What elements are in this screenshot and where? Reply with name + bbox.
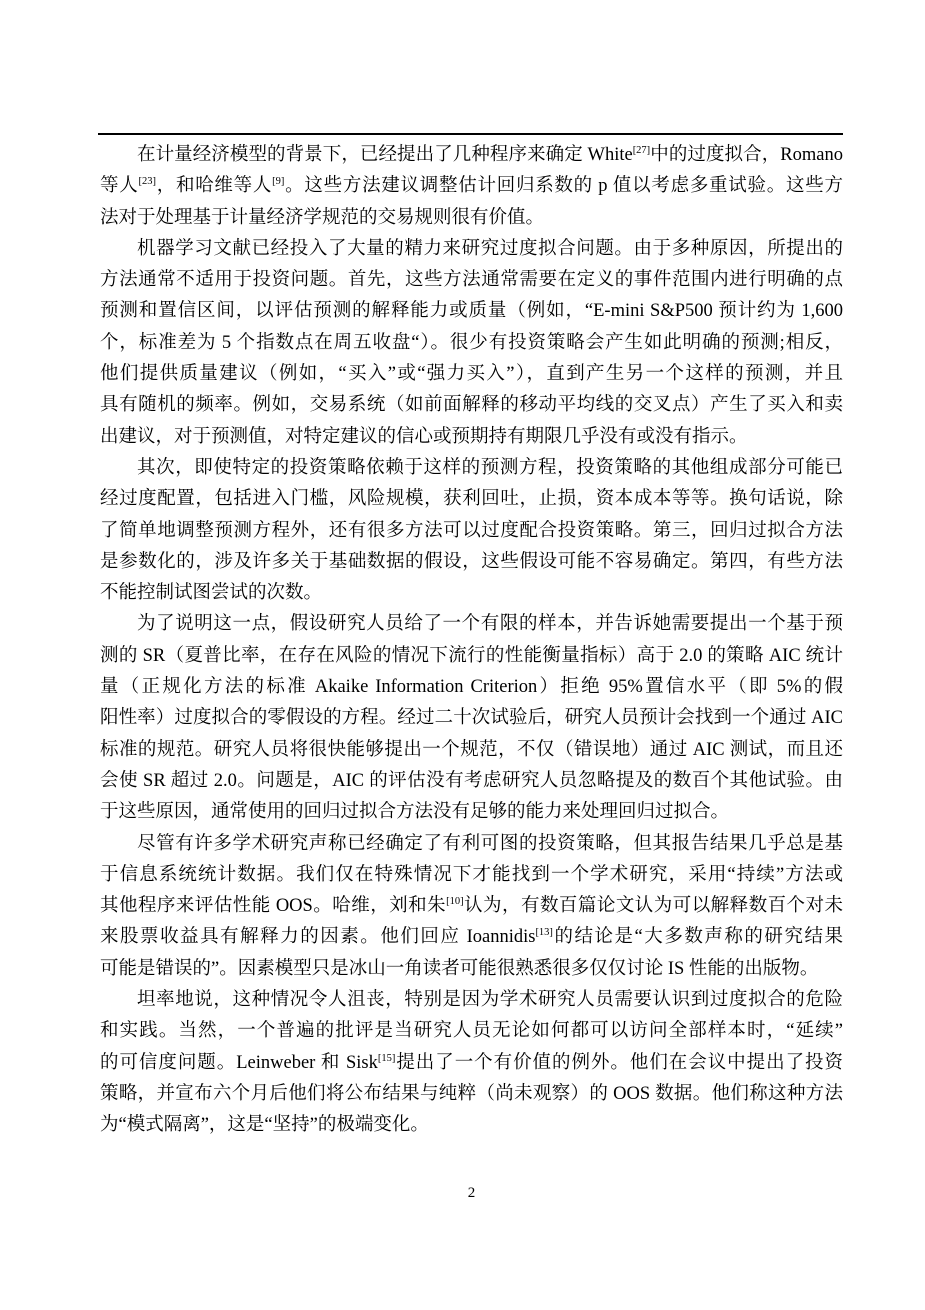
text-run: 他们提供质量建议（例如，“买入”或“强力买入”），直到产生另一个这样的预测，并且 bbox=[100, 364, 843, 384]
text-run: 具有随机的频率。例如，交易系统（如前面解释的移动平均线的交叉点）产生了买入和卖 bbox=[100, 395, 843, 415]
text-run: 出建议，对于预测值，对特定建议的信心或预期持有期限几乎没有或没有指示。 bbox=[100, 427, 748, 447]
text-run: 中的过度拟合，Romano bbox=[650, 145, 843, 165]
text-run: 坦率地说，这种情况令人沮丧，特别是因为学术研究人员需要认识到过度拟合的危险 bbox=[137, 990, 843, 1010]
text-run: 量（正规化方法的标准 Akaike Information Criterion）… bbox=[100, 677, 843, 697]
text-line: 机器学习文献已经投入了大量的精力来研究过度拟合问题。由于多种原因，所提出的 bbox=[100, 234, 843, 265]
text-run: 阳性率）过度拟合的零假设的方程。经过二十次试验后，研究人员预计会找到一个通过 A… bbox=[100, 708, 843, 728]
text-line: 尽管有许多学术研究声称已经确定了有利可图的投资策略，但其报告结果几乎总是基 bbox=[100, 829, 843, 860]
document-body: 在计量经济模型的背景下，已经提出了几种程序来确定 White[27]中的过度拟合… bbox=[100, 140, 843, 1142]
text-run: 认为，有数百篇论文认为可以解释数百个对未 bbox=[464, 896, 843, 916]
text-run: 提出了一个有价值的例外。他们在会议中提出了投资 bbox=[395, 1053, 843, 1073]
text-run: 可能是错误的”。因素模型只是冰山一角读者可能很熟悉很多仅仅讨论 IS 性能的出版… bbox=[100, 959, 818, 979]
text-line: 出建议，对于预测值，对特定建议的信心或预期持有期限几乎没有或没有指示。 bbox=[100, 422, 843, 453]
text-run: 在计量经济模型的背景下，已经提出了几种程序来确定 White bbox=[137, 145, 633, 165]
text-line: 会使 SR 超过 2.0。问题是，AIC 的评估没有考虑研究人员忽略提及的数百个… bbox=[100, 766, 843, 797]
text-run: 为“模式隔离”，这是“坚持”的极端变化。 bbox=[100, 1115, 429, 1135]
text-run: 为了说明这一点，假设研究人员给了一个有限的样本，并告诉她需要提出一个基于预 bbox=[137, 614, 843, 634]
text-line: 其他程序来评估性能 OOS。哈维，刘和朱[10]认为，有数百篇论文认为可以解释数… bbox=[100, 891, 843, 922]
text-line: 法对于处理基于计量经济学规范的交易规则很有价值。 bbox=[100, 203, 843, 234]
text-line: 于信息系统统计数据。我们仅在特殊情况下才能找到一个学术研究，采用“持续”方法或 bbox=[100, 860, 843, 891]
citation-superscript: [13] bbox=[535, 927, 553, 938]
text-line: 不能控制试图尝试的次数。 bbox=[100, 578, 843, 609]
citation-superscript: [10] bbox=[446, 896, 464, 907]
text-line: 方法通常不适用于投资问题。首先，这些方法通常需要在定义的事件范围内进行明确的点 bbox=[100, 265, 843, 296]
text-run: 预测和置信区间，以评估预测的解释能力或质量（例如，“E-mini S&P500 … bbox=[100, 301, 843, 321]
text-line: 测的 SR（夏普比率，在存在风险的情况下流行的性能衡量指标）高于 2.0 的策略… bbox=[100, 641, 843, 672]
text-line: 标准的规范。研究人员将很快能够提出一个规范，不仅（错误地）通过 AIC 测试，而… bbox=[100, 735, 843, 766]
text-run: 测的 SR（夏普比率，在存在风险的情况下流行的性能衡量指标）高于 2.0 的策略… bbox=[100, 646, 843, 666]
text-run: 的结论是“大多数声称的研究结果 bbox=[553, 927, 843, 947]
text-line: 坦率地说，这种情况令人沮丧，特别是因为学术研究人员需要认识到过度拟合的危险 bbox=[100, 985, 843, 1016]
text-line: 预测和置信区间，以评估预测的解释能力或质量（例如，“E-mini S&P500 … bbox=[100, 296, 843, 327]
text-line: 其次，即使特定的投资策略依赖于这样的预测方程，投资策略的其他组成部分可能已 bbox=[100, 453, 843, 484]
text-run: 。这些方法建议调整估计回归系数的 p 值以考虑多重试验。这些方 bbox=[284, 176, 843, 196]
text-line: 和实践。当然，一个普遍的批评是当研究人员无论如何都可以访问全部样本时，“延续” bbox=[100, 1016, 843, 1047]
text-run: 方法通常不适用于投资问题。首先，这些方法通常需要在定义的事件范围内进行明确的点 bbox=[100, 270, 843, 290]
text-line: 的可信度问题。Leinweber 和 Sisk[15]提出了一个有价值的例外。他… bbox=[100, 1048, 843, 1079]
text-run: 不能控制试图尝试的次数。 bbox=[100, 583, 322, 603]
text-run: ，和哈维等人 bbox=[156, 176, 272, 196]
text-run: 来股票收益具有解释力的因素。他们回应 Ioannidis bbox=[100, 927, 535, 947]
page-number: 2 bbox=[100, 1182, 843, 1204]
text-run: 其次，即使特定的投资策略依赖于这样的预测方程，投资策略的其他组成部分可能已 bbox=[137, 458, 843, 478]
text-line: 阳性率）过度拟合的零假设的方程。经过二十次试验后，研究人员预计会找到一个通过 A… bbox=[100, 703, 843, 734]
text-run: 标准的规范。研究人员将很快能够提出一个规范，不仅（错误地）通过 AIC 测试，而… bbox=[100, 740, 843, 760]
text-line: 是参数化的，涉及许多关于基础数据的假设，这些假设可能不容易确定。第四，有些方法 bbox=[100, 547, 843, 578]
text-run: 尽管有许多学术研究声称已经确定了有利可图的投资策略，但其报告结果几乎总是基 bbox=[137, 834, 843, 854]
text-run: 机器学习文献已经投入了大量的精力来研究过度拟合问题。由于多种原因，所提出的 bbox=[137, 239, 843, 259]
text-line: 量（正规化方法的标准 Akaike Information Criterion）… bbox=[100, 672, 843, 703]
text-line: 为“模式隔离”，这是“坚持”的极端变化。 bbox=[100, 1110, 843, 1141]
text-run: 策略，并宣布六个月后他们将公布结果与纯粹（尚未观察）的 OOS 数据。他们称这种… bbox=[100, 1084, 843, 1104]
text-run: 了简单地调整预测方程外，还有很多方法可以过度配合投资策略。第三，回归过拟合方法 bbox=[100, 521, 843, 541]
text-run: 其他程序来评估性能 OOS。哈维，刘和朱 bbox=[100, 896, 446, 916]
header-rule bbox=[98, 133, 843, 135]
text-run: 于信息系统统计数据。我们仅在特殊情况下才能找到一个学术研究，采用“持续”方法或 bbox=[100, 865, 843, 885]
text-line: 经过度配置，包括进入门槛，风险规模，获利回吐，止损，资本成本等等。换句话说，除 bbox=[100, 484, 843, 515]
text-run: 和实践。当然，一个普遍的批评是当研究人员无论如何都可以访问全部样本时，“延续” bbox=[100, 1021, 843, 1041]
text-line: 策略，并宣布六个月后他们将公布结果与纯粹（尚未观察）的 OOS 数据。他们称这种… bbox=[100, 1079, 843, 1110]
text-line: 具有随机的频率。例如，交易系统（如前面解释的移动平均线的交叉点）产生了买入和卖 bbox=[100, 390, 843, 421]
text-run: 会使 SR 超过 2.0。问题是，AIC 的评估没有考虑研究人员忽略提及的数百个… bbox=[100, 771, 843, 791]
citation-superscript: [9] bbox=[272, 176, 284, 187]
text-line: 可能是错误的”。因素模型只是冰山一角读者可能很熟悉很多仅仅讨论 IS 性能的出版… bbox=[100, 954, 843, 985]
text-line: 他们提供质量建议（例如，“买入”或“强力买入”），直到产生另一个这样的预测，并且 bbox=[100, 359, 843, 390]
text-line: 个，标准差为 5 个指数点在周五收盘“）。很少有投资策略会产生如此明确的预测;相… bbox=[100, 328, 843, 359]
text-line: 来股票收益具有解释力的因素。他们回应 Ioannidis[13]的结论是“大多数… bbox=[100, 922, 843, 953]
text-run: 是参数化的，涉及许多关于基础数据的假设，这些假设可能不容易确定。第四，有些方法 bbox=[100, 552, 843, 572]
text-run: 的可信度问题。Leinweber 和 Sisk bbox=[100, 1053, 378, 1073]
text-line: 了简单地调整预测方程外，还有很多方法可以过度配合投资策略。第三，回归过拟合方法 bbox=[100, 516, 843, 547]
text-run: 等人 bbox=[100, 176, 138, 196]
document-page: 在计量经济模型的背景下，已经提出了几种程序来确定 White[27]中的过度拟合… bbox=[0, 0, 925, 1310]
text-line: 等人[23]，和哈维等人[9]。这些方法建议调整估计回归系数的 p 值以考虑多重… bbox=[100, 171, 843, 202]
citation-superscript: [27] bbox=[633, 145, 651, 156]
text-line: 在计量经济模型的背景下，已经提出了几种程序来确定 White[27]中的过度拟合… bbox=[100, 140, 843, 171]
text-line: 为了说明这一点，假设研究人员给了一个有限的样本，并告诉她需要提出一个基于预 bbox=[100, 609, 843, 640]
text-line: 于这些原因，通常使用的回归过拟合方法没有足够的能力来处理回归过拟合。 bbox=[100, 797, 843, 828]
text-run: 经过度配置，包括进入门槛，风险规模，获利回吐，止损，资本成本等等。换句话说，除 bbox=[100, 489, 843, 509]
text-run: 于这些原因，通常使用的回归过拟合方法没有足够的能力来处理回归过拟合。 bbox=[100, 802, 729, 822]
text-run: 法对于处理基于计量经济学规范的交易规则很有价值。 bbox=[100, 208, 544, 228]
citation-superscript: [23] bbox=[138, 176, 156, 187]
text-run: 个，标准差为 5 个指数点在周五收盘“）。很少有投资策略会产生如此明确的预测;相… bbox=[100, 333, 843, 353]
citation-superscript: [15] bbox=[378, 1053, 396, 1064]
